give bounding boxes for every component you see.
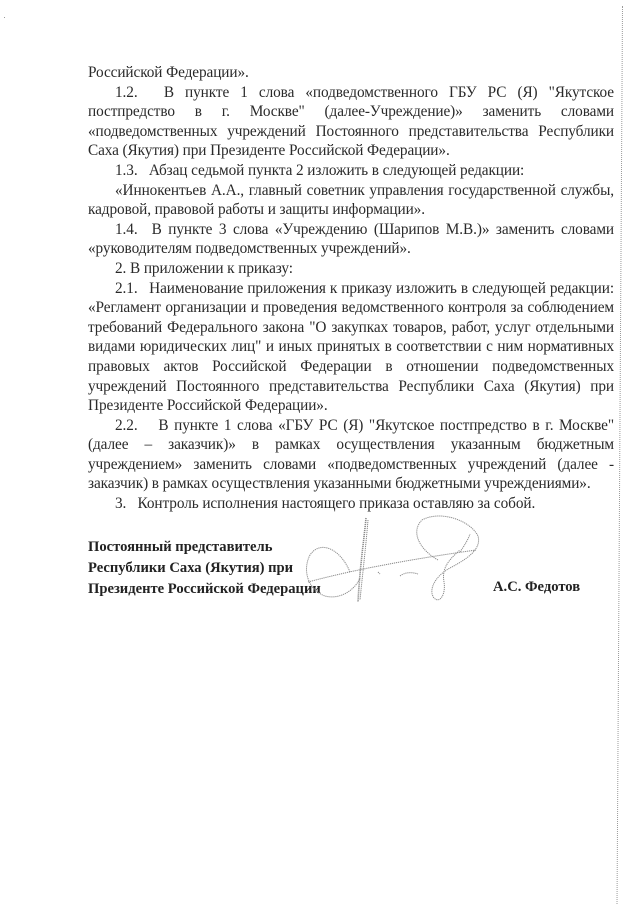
paragraph-1-2: 1.2. В пункте 1 слова «подведомственного…: [88, 83, 614, 161]
document-body: Российской Федерации». 1.2. В пункте 1 с…: [88, 63, 614, 514]
handwritten-signature-icon: [300, 510, 480, 610]
paragraph-continuation: Российской Федерации».: [88, 63, 614, 83]
scan-edge-line: [617, 6, 623, 905]
paragraph-1-4: 1.4. В пункте 3 слова «Учреждению (Шарип…: [88, 220, 614, 259]
signatory-position-line-1: Постоянный представитель: [88, 537, 321, 558]
document-page: Российской Федерации». 1.2. В пункте 1 с…: [0, 0, 640, 905]
paragraph-1-3: 1.3. Абзац седьмой пункта 2 изложить в с…: [88, 161, 614, 181]
paragraph-2-2: 2.2. В пункте 1 слова «ГБУ РС (Я) "Якутс…: [88, 416, 614, 494]
scan-speck: [4, 17, 5, 18]
signatory-position-line-2: Республики Саха (Якутия) при: [88, 558, 321, 579]
signatory-position: Постоянный представитель Республики Саха…: [88, 537, 321, 600]
signatory-position-line-3: Президенте Российской Федерации: [88, 579, 321, 600]
signatory-name: А.С. Федотов: [493, 579, 580, 596]
paragraph-2: 2. В приложении к приказу:: [88, 259, 614, 279]
paragraph-1-3-quote: «Иннокентьев А.А., главный советник упра…: [88, 181, 614, 220]
paragraph-2-1: 2.1. Наименование приложения к приказу и…: [88, 279, 614, 416]
